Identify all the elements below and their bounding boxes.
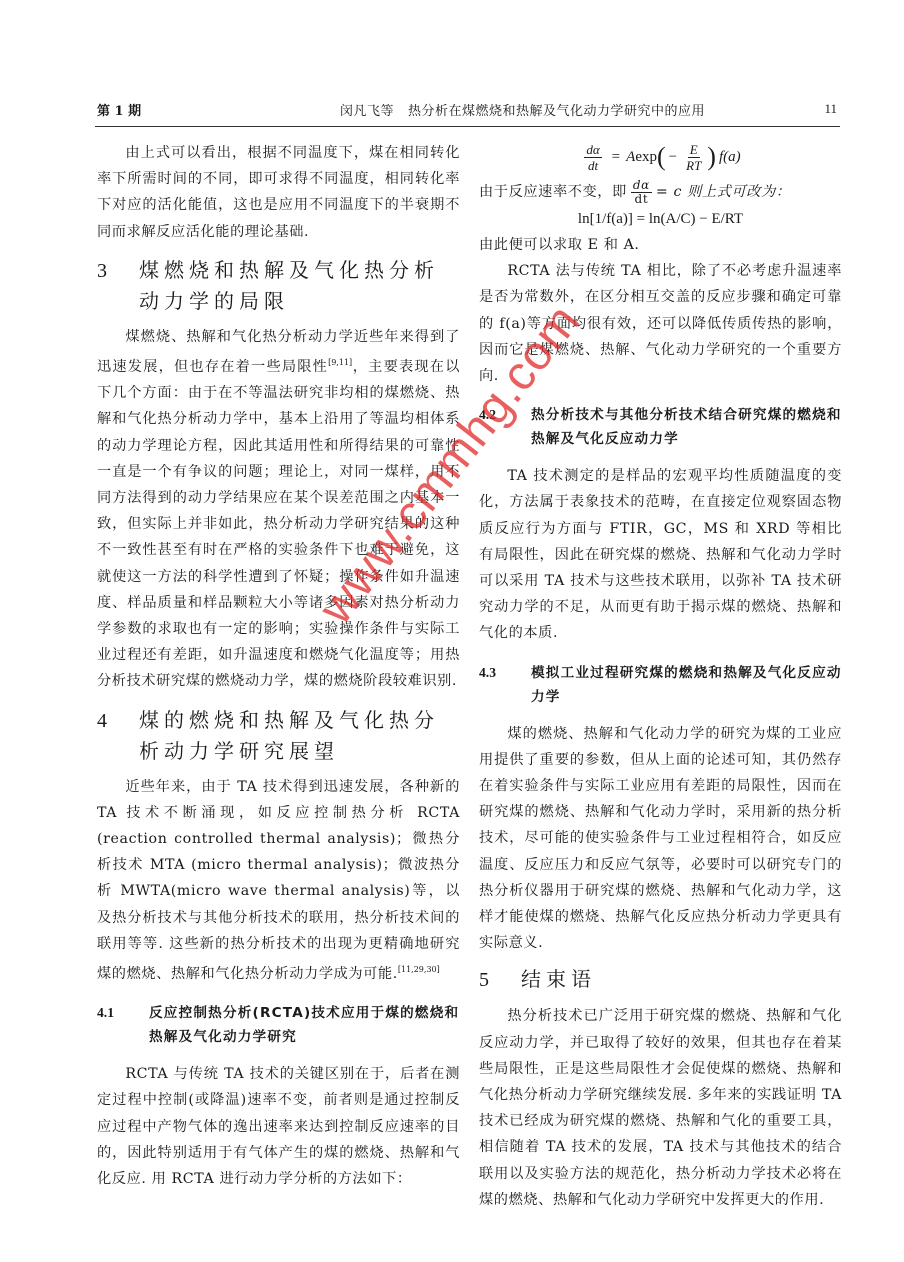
section-number: 4.2 bbox=[479, 403, 531, 427]
section-title: 结束语 bbox=[521, 967, 596, 991]
section-4-2-paragraph: TA 技术测定的是样品的宏观平均性质随温度的变化，方法属于表象技术的范畴，在直接… bbox=[479, 463, 842, 646]
running-header: 第 1 期 闵凡飞等热分析在煤燃烧和热解及气化动力学研究中的应用 11 bbox=[97, 98, 837, 124]
section-4-3-heading: 4.3模拟工业过程研究煤的燃烧和热解及气化反应动力学 bbox=[479, 661, 842, 709]
log-equation: ln[1/f(a)] = ln(A/C) − E/RT bbox=[479, 206, 842, 232]
section-3-heading: 3煤燃烧和热解及气化热分析动力学的局限 bbox=[97, 255, 460, 316]
running-title: 闵凡飞等热分析在煤燃烧和热解及气化动力学研究中的应用 bbox=[340, 100, 705, 119]
right-column: dαdt = Aexp (− ERT )f(a) 由于反应速率不变，即 dαdt… bbox=[479, 136, 842, 1213]
left-column: 由上式可以看出，根据不同温度下，煤在相同转化率下所需时间的不同，即可求得不同温度… bbox=[97, 140, 460, 1192]
fraction: dαdt bbox=[584, 142, 601, 173]
citation[interactable]: [9,11] bbox=[328, 358, 352, 367]
intro-paragraph: 由上式可以看出，根据不同温度下，煤在相同转化率下所需时间的不同，即可求得不同温度… bbox=[97, 140, 460, 245]
section-4-heading: 4煤的燃烧和热解及气化热分析动力学研究展望 bbox=[97, 705, 460, 766]
issue-label: 第 1 期 bbox=[97, 100, 141, 119]
section-4-3-paragraph: 煤的燃烧、热解和气化动力学的研究为煤的工业应用提供了重要的参数，但从上面的论述可… bbox=[479, 721, 842, 957]
rcta-paragraph: RCTA 法与传统 TA 相比，除了不必考虑升温速率是否为常数外，在区分相互交盖… bbox=[479, 258, 842, 389]
section-number: 4.3 bbox=[479, 661, 531, 685]
section-number: 5 bbox=[479, 965, 521, 995]
citation[interactable]: [11,29,30] bbox=[398, 965, 440, 974]
fraction: ERT bbox=[684, 142, 703, 173]
section-4-2-heading: 4.2热分析技术与其他分析技术结合研究煤的燃烧和热解及气化反应动力学 bbox=[479, 403, 842, 451]
solve-line: 由此便可以求取 E 和 A. bbox=[479, 232, 842, 258]
section-5-heading: 5结束语 bbox=[479, 964, 842, 995]
section-title: 模拟工业过程研究煤的燃烧和热解及气化反应动力学 bbox=[531, 665, 842, 705]
fraction: dαdt bbox=[631, 179, 652, 206]
section-4-1-heading: 4.1反应控制热分析(RCTA)技术应用于煤的燃烧和热解及气化动力学研究 bbox=[97, 1001, 460, 1049]
section-title: 热分析技术与其他分析技术结合研究煤的燃烧和热解及气化反应动力学 bbox=[531, 407, 842, 447]
rate-equation: dαdt = Aexp (− ERT )f(a) bbox=[479, 136, 842, 178]
article-title: 热分析在煤燃烧和热解及气化动力学研究中的应用 bbox=[408, 104, 705, 119]
section-title: 煤的燃烧和热解及气化热分析动力学研究展望 bbox=[139, 708, 439, 763]
section-title: 煤燃烧和热解及气化热分析动力学的局限 bbox=[139, 258, 439, 313]
section-number: 4.1 bbox=[97, 1001, 149, 1025]
section-4-1-paragraph: RCTA 与传统 TA 技术的关键区别在于，后者在测定过程中控制(或降温)速率不… bbox=[97, 1061, 460, 1192]
section-3-paragraph: 煤燃烧、热解和气化热分析动力学近些年来得到了迅速发展，但也存在着一些局限性[9,… bbox=[97, 324, 460, 695]
section-number: 4 bbox=[97, 706, 139, 736]
section-number: 3 bbox=[97, 256, 139, 286]
section-5-paragraph: 热分析技术已广泛用于研究煤的燃烧、热解和气化反应动力学，并已取得了较好的效果，但… bbox=[479, 1003, 842, 1213]
constant-rate-line: 由于反应速率不变，即 dαdt = c 则上式可改为： bbox=[479, 178, 842, 206]
authors: 闵凡飞等 bbox=[340, 104, 394, 119]
page-number: 11 bbox=[824, 101, 837, 117]
header-rule bbox=[95, 126, 840, 127]
section-4-paragraph: 近些年来，由于 TA 技术得到迅速发展，各种新的 TA 技术不断涌现，如反应控制… bbox=[97, 774, 460, 988]
section-title: 反应控制热分析(RCTA)技术应用于煤的燃烧和热解及气化动力学研究 bbox=[149, 1005, 459, 1045]
